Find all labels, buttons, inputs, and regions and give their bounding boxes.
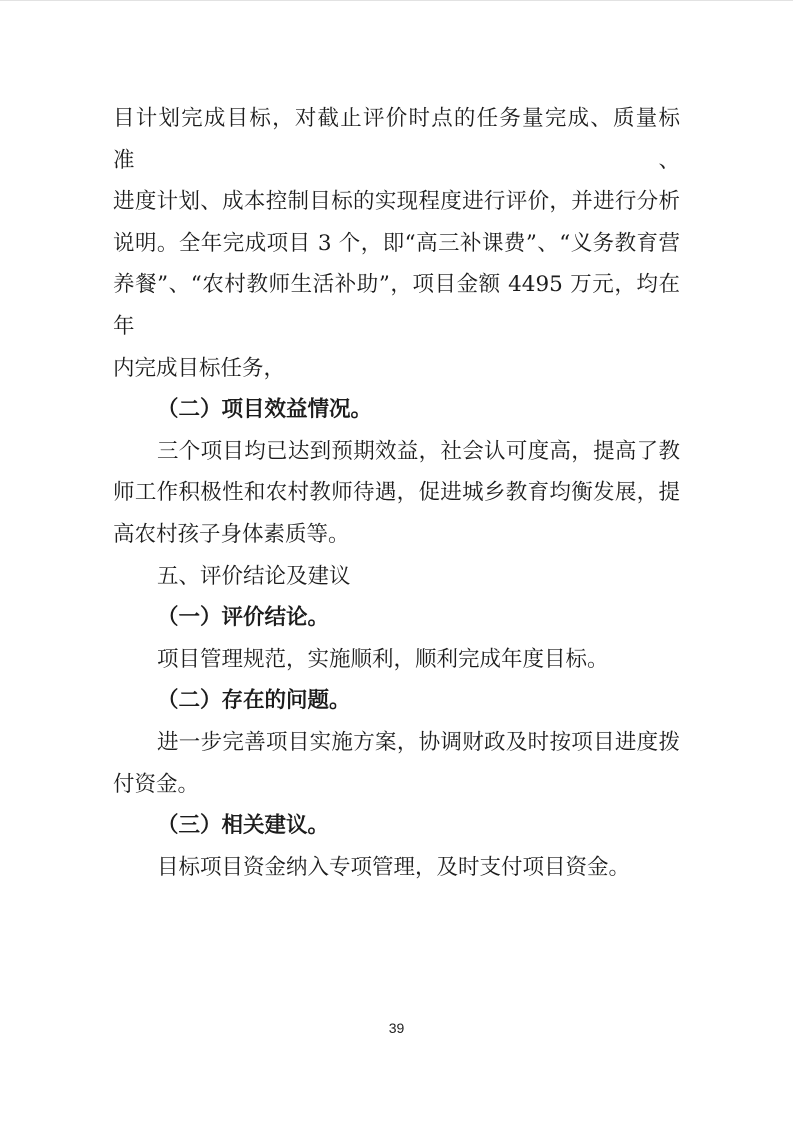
text-line: 进度计划、成本控制目标的实现程度进行评价，并进行分析 [113, 181, 680, 223]
text-line: 项目管理规范，实施顺利，顺利完成年度目标。 [113, 639, 680, 681]
chapter-heading-conclusion-and-suggestions: 五、评价结论及建议 [113, 556, 680, 598]
text-line: 说明。全年完成项目 3 个，即“高三补课费”、“义务教育营 [113, 223, 680, 265]
document-page: 目计划完成目标，对截止评价时点的任务量完成、质量标准、 进度计划、成本控制目标的… [0, 0, 793, 1123]
subsection-heading-problems: （二）存在的问题。 [113, 680, 680, 722]
text-line: 师工作积极性和农村教师待遇，促进城乡教育均衡发展，提 [113, 472, 680, 514]
text-line: 目标项目资金纳入专项管理，及时支付项目资金。 [113, 847, 680, 889]
text-line: 目计划完成目标，对截止评价时点的任务量完成、质量标准、 [113, 98, 680, 181]
text-line: 付资金。 [113, 764, 680, 806]
subsection-heading-benefit: （二）项目效益情况。 [113, 389, 680, 431]
subsection-heading-suggestions: （三）相关建议。 [113, 805, 680, 847]
document-body: 目计划完成目标，对截止评价时点的任务量完成、质量标准、 进度计划、成本控制目标的… [113, 98, 680, 888]
text-line: 高农村孩子身体素质等。 [113, 514, 680, 556]
page-number: 39 [0, 1020, 793, 1036]
subsection-heading-conclusion: （一）评价结论。 [113, 597, 680, 639]
text-line: 进一步完善项目实施方案，协调财政及时按项目进度拨 [113, 722, 680, 764]
text-line: 内完成目标任务， [113, 348, 680, 390]
text-line: 三个项目均已达到预期效益，社会认可度高，提高了教 [113, 431, 680, 473]
text-line: 养餐”、“农村教师生活补助”，项目金额 4495 万元，均在年 [113, 264, 680, 347]
